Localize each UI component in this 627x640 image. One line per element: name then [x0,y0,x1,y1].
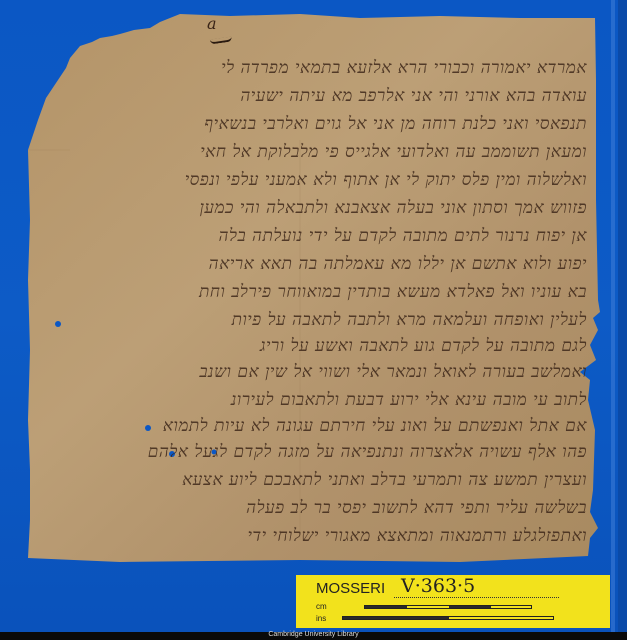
text-line: בא עוניו ואל פאלדא מעשא בותדין במואווחר … [199,282,587,302]
text-line: אם אתל ואנפשתם על ואונ עלי חירתם עגונה ל… [163,416,587,436]
text-line: ואלשלוה ומין פלס יתוק לי אן אתוף ולא אמע… [185,170,587,190]
text-line: לגם מתובה על לקדם גוע לתאבה ואשע על וריג [260,336,587,356]
cm-scale-bar [364,605,532,609]
pencil-mark-a: a [207,14,217,33]
text-line: ואתפזלגלע ורתמנאוה ומתאצא מאגורי ישלוחי … [247,526,587,546]
text-line: לעלין ואופחה ועלמאה מרא ולתבה לתאבה על פ… [232,310,587,330]
ins-scale-bar [342,616,554,620]
shelfmark-dotted-line [394,597,559,598]
scale-label-ins: ins [316,614,326,623]
text-line: אמרדא יאמורה וכבורי הרא אלזעא בתמאי מפרד… [221,58,587,78]
text-line: פזווש אמך וסתון אוני בעלה אצאבנא ולתבאלה… [200,198,587,218]
text-line: ומעאן תשוממב עה ואלדועי אלגייס פי מלבלוק… [200,142,587,162]
collection-name: MOSSERI [316,580,385,597]
text-line: לתוב עי מובה עינא אלי ירוע דבעת ולתאבום … [231,390,587,410]
text-line: בשלשה עליר ותפי דהא לתשוב יפסי בר לב פעל… [246,498,587,518]
text-line: פהו אלף עשויה אלאצרוה ונתנפיאה על מזגה ל… [148,442,587,462]
text-line: ואמלשב בעורה לאואל ונמאר אלי ושווי אל שי… [199,362,587,382]
text-line: אן יפוח נרנור לתים מתובה לקדם על ידי נוע… [219,226,587,246]
text-line: עואדה בהא אורני והי אני אלרפב מא עיתה יש… [240,86,587,106]
footer-credit: Cambridge University Library [0,631,627,638]
footer-bar: Cambridge University Library [0,632,627,640]
text-line: ועצרין תמשע צה ותמרעי בדלב ואתני לתאבכם … [182,470,587,490]
catalog-label: MOSSERI V·363·5 cm ins [296,575,610,628]
scale-label-cm: cm [316,602,327,611]
text-line: תנפאסי ואני כלנת רוחה מן אני אל גוים ואל… [204,114,587,134]
shelfmark: V·363·5 [401,575,475,597]
text-line: יפוע ולוא אתשם אן יללו מא עאמלתה בה תאא … [209,254,587,274]
